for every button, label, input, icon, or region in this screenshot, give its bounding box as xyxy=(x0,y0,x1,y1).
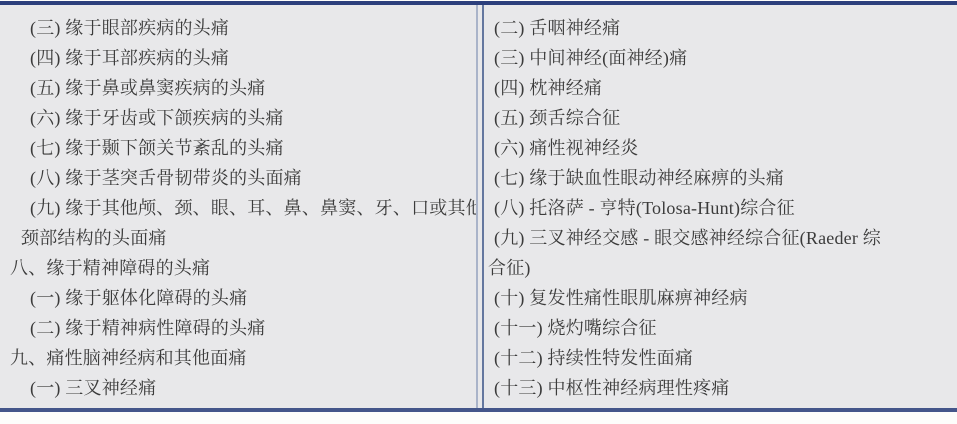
list-item: 合征) xyxy=(484,253,957,283)
list-item: (二) 缘于精神病性障碍的头痛 xyxy=(0,313,476,343)
list-item: (五) 颈舌综合征 xyxy=(484,103,957,133)
list-item: (二) 舌咽神经痛 xyxy=(484,13,957,43)
list-item: 八、缘于精神障碍的头痛 xyxy=(0,253,476,283)
list-item: (四) 枕神经痛 xyxy=(484,73,957,103)
list-item: (三) 中间神经(面神经)痛 xyxy=(484,43,957,73)
list-item: (十二) 持续性特发性面痛 xyxy=(484,343,957,373)
left-column: (三) 缘于眼部疾病的头痛(四) 缘于耳部疾病的头痛(五) 缘于鼻或鼻窦疾病的头… xyxy=(0,5,476,408)
headache-classification-table: (三) 缘于眼部疾病的头痛(四) 缘于耳部疾病的头痛(五) 缘于鼻或鼻窦疾病的头… xyxy=(0,1,957,412)
right-column: (二) 舌咽神经痛(三) 中间神经(面神经)痛(四) 枕神经痛(五) 颈舌综合征… xyxy=(484,5,957,408)
list-item: (十) 复发性痛性眼肌麻痹神经病 xyxy=(484,283,957,313)
column-divider xyxy=(476,5,484,408)
list-item: (七) 缘于缺血性眼动神经麻痹的头痛 xyxy=(484,163,957,193)
list-item: (五) 缘于鼻或鼻窦疾病的头痛 xyxy=(0,73,476,103)
list-item: (六) 缘于牙齿或下颌疾病的头痛 xyxy=(0,103,476,133)
list-item: (一) 缘于躯体化障碍的头痛 xyxy=(0,283,476,313)
list-item: (六) 痛性视神经炎 xyxy=(484,133,957,163)
list-item: (九) 缘于其他颅、颈、眼、耳、鼻、鼻窦、牙、口或其他面、 xyxy=(0,193,476,223)
document-page: (三) 缘于眼部疾病的头痛(四) 缘于耳部疾病的头痛(五) 缘于鼻或鼻窦疾病的头… xyxy=(0,0,957,424)
list-item: (九) 三叉神经交感 - 眼交感神经综合征(Raeder 综 xyxy=(484,223,957,253)
list-item: (三) 缘于眼部疾病的头痛 xyxy=(0,13,476,43)
list-item: (八) 缘于茎突舌骨韧带炎的头面痛 xyxy=(0,163,476,193)
list-item: (四) 缘于耳部疾病的头痛 xyxy=(0,43,476,73)
list-item: (八) 托洛萨 - 亨特(Tolosa-Hunt)综合征 xyxy=(484,193,957,223)
list-item: 九、痛性脑神经病和其他面痛 xyxy=(0,343,476,373)
list-item: (十三) 中枢性神经病理性疼痛 xyxy=(484,373,957,403)
list-item: (七) 缘于颞下颌关节紊乱的头痛 xyxy=(0,133,476,163)
list-item: 颈部结构的头面痛 xyxy=(0,223,476,253)
list-item: (一) 三叉神经痛 xyxy=(0,373,476,403)
list-item: (十一) 烧灼嘴综合征 xyxy=(484,313,957,343)
